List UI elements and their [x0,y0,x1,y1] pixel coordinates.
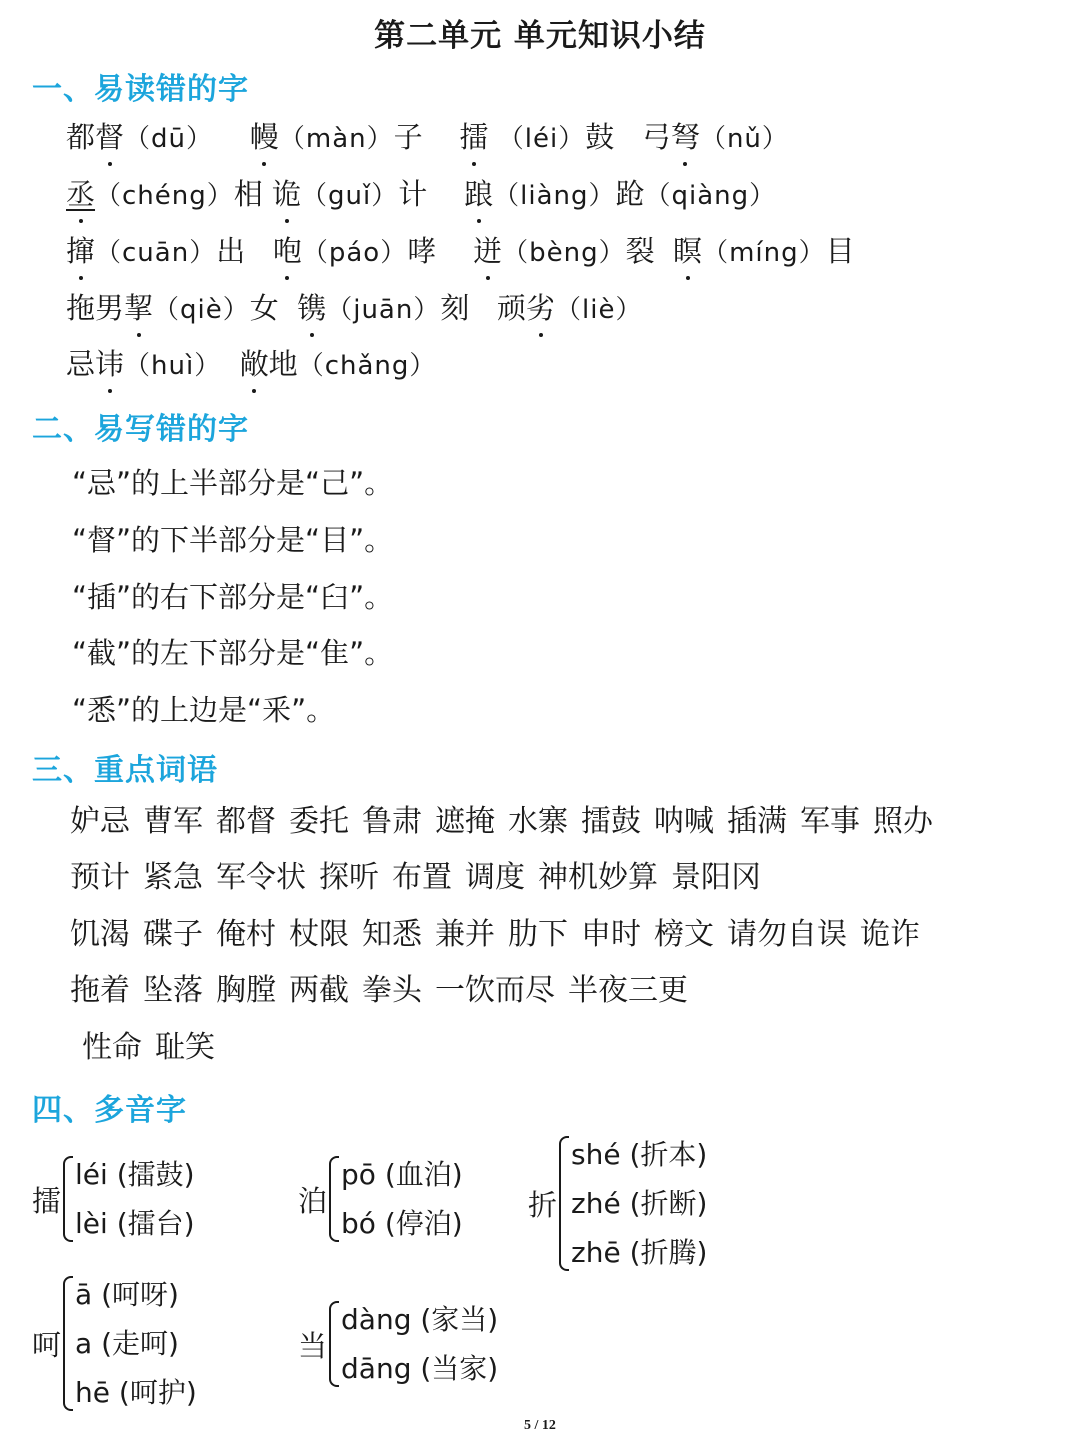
reading: dāng (当家) [341,1344,498,1393]
reading: pō (血泊) [341,1150,463,1199]
text: 哮 [407,234,473,268]
reading: shé (折本) [571,1130,707,1179]
emphasized-character: 幔 [250,117,279,157]
emphasized-character: 撺 [66,231,95,271]
emphasized-character: 督 [95,117,124,157]
key-words-row: 饥渴碟子俺村杖限知悉兼并肋下申时榜文请勿自误诡诈 [70,915,933,955]
key-word: 呐喊 [654,804,714,839]
pinyin: （qiàng） [645,181,777,211]
pinyin: （liè） [555,295,642,325]
reading: zhē (折腾) [571,1228,707,1277]
key-word: 饥渴 [70,917,130,952]
pinyin: （nǔ） [700,124,789,154]
text: 拖男 [66,291,124,325]
emphasized-character: 敞 [240,344,269,384]
key-word: 胸膛 [216,973,276,1008]
reading: léi (擂鼓) [75,1150,195,1199]
miswritten-line: “督”的下半部分是“目”。 [72,520,393,560]
page-indicator: 5 / 12 [0,1418,1080,1434]
key-word: 照办 [873,804,933,839]
emphasized-character: 讳 [95,344,124,384]
key-word: 知悉 [362,917,422,952]
emphasized-character: 丞 [66,174,95,214]
misread-line: 丞（chéng）相 诡（guǐ）计 踉（liàng）跄（qiàng） [66,174,776,216]
pinyin: （cuān） [95,238,216,268]
emphasized-character: 挈 [124,288,153,328]
misread-line: 忌讳（huì） 敞地（chǎng） [66,344,436,386]
reading: dàng (家当) [341,1295,498,1344]
emphasized-character: 镌 [297,288,326,328]
reading: hē (呵护) [75,1368,197,1417]
key-word: 景阳冈 [671,860,761,895]
misread-line: 拖男挈（qiè）女 镌（juān）刻 顽劣（liè） [66,288,642,330]
key-words-row: 妒忌曹军都督委托鲁肃遮掩水寨擂鼓呐喊插满军事照办 [70,802,946,842]
miswritten-line: “截”的左下部分是“隹”。 [72,633,393,673]
polyphonic-character: 呵 [32,1323,61,1364]
key-word: 诡诈 [860,917,920,952]
text: 鼓 弓 [585,120,671,154]
pinyin: （liàng） [493,181,615,211]
text: 出 [216,234,273,268]
pinyin: （dū） [124,124,213,154]
emphasized-character: 擂 [460,117,489,157]
key-word: 神机妙算 [538,860,658,895]
key-word: 遮掩 [435,804,495,839]
reading: zhé (折断) [571,1179,707,1228]
emphasized-character: 咆 [273,231,302,271]
key-word: 水寨 [508,804,568,839]
key-word: 性命 [82,1030,142,1065]
key-word: 请勿自误 [727,917,847,952]
key-word: 碟子 [143,917,203,952]
key-word: 拳头 [362,973,422,1008]
miswritten-line: “悉”的上边是“釆”。 [72,690,335,730]
key-word: 紧急 [143,860,203,895]
section-heading-polyphonic: 四、多音字 [32,1085,187,1129]
text: 刻 顽 [440,291,526,325]
text: 子 [394,120,460,154]
key-word: 榜文 [654,917,714,952]
key-word: 申时 [581,917,641,952]
polyphonic-character: 当 [298,1324,327,1365]
polyphonic-item: 当dàng (家当)dāng (当家) [298,1295,498,1393]
key-word: 预计 [70,860,130,895]
miswritten-line: “忌”的上半部分是“己”。 [72,463,393,503]
key-word: 调度 [465,860,525,895]
brace-icon [63,1276,73,1411]
text: 计 [398,177,464,211]
key-words-row: 预计紧急军令状探听布置调度神机妙算景阳冈 [70,858,774,898]
polyphonic-item: 泊pō (血泊)bó (停泊) [298,1150,463,1248]
pinyin: （qiè） [153,295,250,325]
key-word: 擂鼓 [581,804,641,839]
key-word: 军事 [800,804,860,839]
key-word: 杖限 [289,917,349,952]
text: 地 [269,347,298,381]
key-word: 探听 [319,860,379,895]
key-word: 一饮而尽 [435,973,555,1008]
key-word: 坠落 [143,973,203,1008]
polyphonic-item: 折shé (折本)zhé (折断)zhē (折腾) [528,1130,707,1277]
emphasized-character: 诡 [272,174,301,214]
polyphonic-character: 擂 [32,1179,61,1220]
misread-line: 撺（cuān）出 咆（páo）哮 迸（bèng）裂 瞑（míng）目 [66,231,855,273]
key-word: 鲁肃 [362,804,422,839]
reading: a (走呵) [75,1319,197,1368]
emphasized-character: 劣 [526,288,555,328]
pinyin: （huì） [124,351,221,381]
text: 跄 [616,177,645,211]
pinyin: （míng） [702,238,826,268]
key-word: 插满 [727,804,787,839]
brace-icon [63,1156,73,1242]
key-word: 布置 [392,860,452,895]
text [213,120,250,154]
pinyin: （juān） [326,295,440,325]
text [221,347,239,381]
key-word: 委托 [289,804,349,839]
section-heading-misread: 一、易读错的字 [32,64,249,108]
reading: lèi (擂台) [75,1199,195,1248]
polyphonic-character: 泊 [298,1179,327,1220]
key-word: 都督 [216,804,276,839]
key-word: 兼并 [435,917,495,952]
pinyin: （páo） [302,238,407,268]
misread-line: 都督（dū） 幔（màn）子 擂 （léi）鼓 弓弩（nǔ） [66,117,789,159]
text: 都 [66,120,95,154]
pinyin: （chéng） [95,181,234,211]
key-words-row: 性命耻笑 [82,1028,228,1068]
section-heading-miswritten: 二、易写错的字 [32,404,249,448]
key-word: 妒忌 [70,804,130,839]
text: 裂 [626,234,673,268]
pinyin: （léi） [489,124,586,154]
emphasized-character: 瞑 [673,231,702,271]
pinyin: （màn） [279,124,394,154]
section-heading-key-words: 三、重点词语 [32,745,218,789]
text: 忌 [66,347,95,381]
emphasized-character: 踉 [464,174,493,214]
key-word: 耻笑 [155,1030,215,1065]
pinyin: （chǎng） [298,351,437,381]
reading: bó (停泊) [341,1199,463,1248]
key-word: 拖着 [70,973,130,1008]
key-word: 俺村 [216,917,276,952]
emphasized-character: 弩 [671,117,700,157]
polyphonic-character: 折 [528,1183,557,1224]
brace-icon [559,1136,569,1271]
reading: ā (呵呀) [75,1270,197,1319]
text: 相 [234,177,272,211]
emphasized-character: 迸 [473,231,502,271]
polyphonic-item: 呵ā (呵呀)a (走呵)hē (呵护) [32,1270,197,1417]
pinyin: （guǐ） [301,181,398,211]
miswritten-line: “插”的右下部分是“臼”。 [72,577,393,617]
key-word: 曹军 [143,804,203,839]
key-word: 两截 [289,973,349,1008]
brace-icon [329,1156,339,1242]
pinyin: （bèng） [502,238,625,268]
text: 女 [250,291,297,325]
key-word: 肋下 [508,917,568,952]
text: 目 [826,234,855,268]
page-title: 第二单元 单元知识小结 [0,10,1080,55]
key-words-row: 拖着坠落胸膛两截拳头一饮而尽半夜三更 [70,971,701,1011]
polyphonic-item: 擂léi (擂鼓)lèi (擂台) [32,1150,195,1248]
key-word: 军令状 [216,860,306,895]
key-word: 半夜三更 [568,973,688,1008]
brace-icon [329,1301,339,1387]
